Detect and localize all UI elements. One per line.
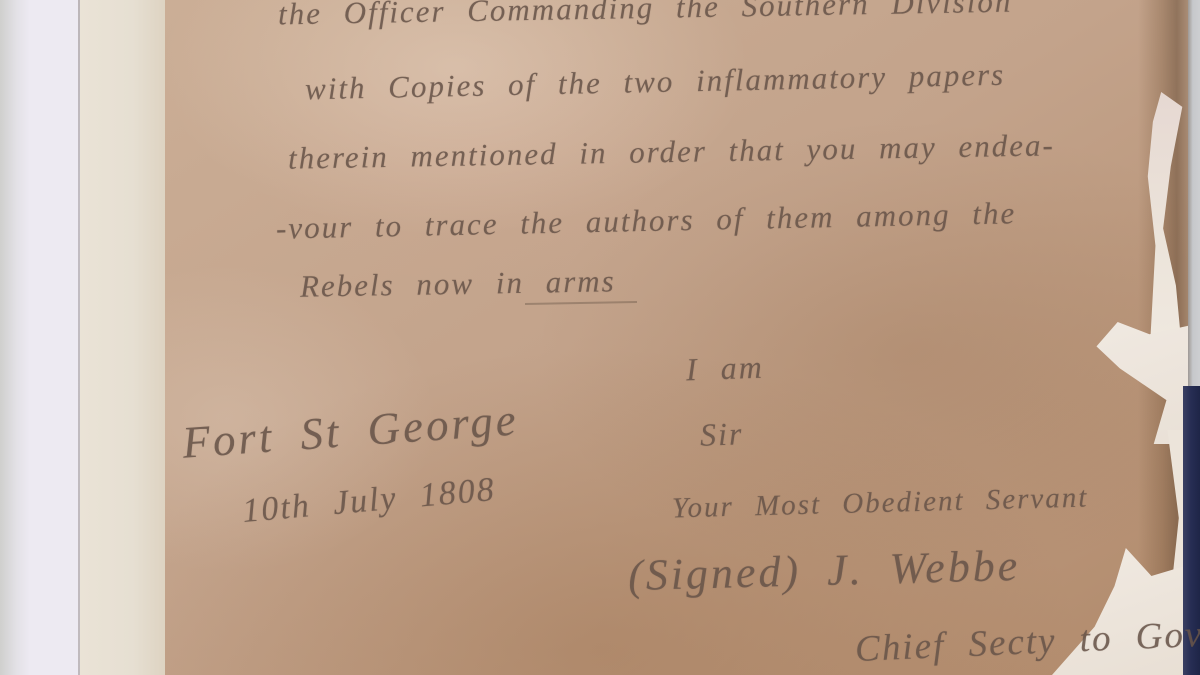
scanner-right-strip [1188, 0, 1200, 392]
handwriting-line-5: Rebels now in arms [300, 263, 616, 305]
page-fold-margin [80, 0, 168, 675]
scanner-left-margin [0, 0, 30, 675]
closing-sir: Sir [699, 415, 744, 453]
page-left-white-edge [30, 0, 78, 675]
scanned-document-page: the Officer Commanding the Southern Divi… [0, 0, 1200, 675]
closing-i-am: I am [685, 349, 764, 389]
signature: (Signed) J. Webbe [627, 540, 1020, 601]
